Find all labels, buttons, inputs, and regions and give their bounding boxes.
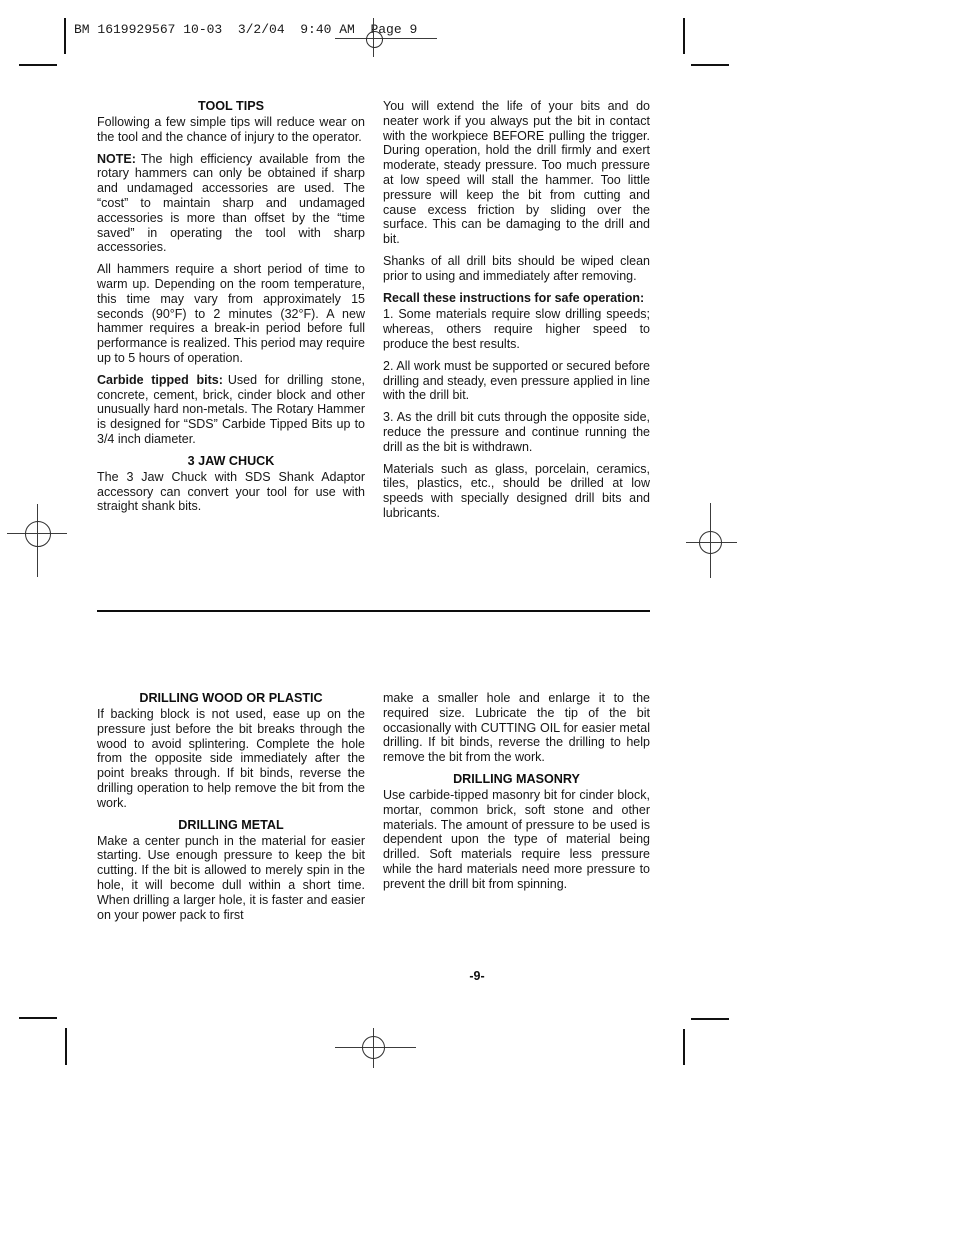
registration-mark-top-circle (366, 31, 383, 48)
note-body: The high efficiency available from the r… (97, 152, 365, 255)
page-number: -9- (0, 969, 954, 983)
paragraph-drilling-metal: Make a center punch in the material for … (97, 834, 365, 923)
crop-mark-bottom-right-horizontal (691, 1018, 729, 1020)
section-divider-rule (97, 610, 650, 612)
bottom-right-column: make a smaller hole and enlarge it to th… (383, 691, 650, 899)
carbide-bits-label: Carbide tipped bits: (97, 373, 223, 387)
paragraph-carbide-bits: Carbide tipped bits:Used for drilling st… (97, 373, 365, 447)
note-label: NOTE: (97, 152, 136, 166)
crop-mark-top-left-vertical (64, 18, 66, 54)
safe-operation-item-1: 1. Some materials require slow drilling … (383, 307, 650, 351)
paragraph-3-jaw-chuck: The 3 Jaw Chuck with SDS Shank Adaptor a… (97, 470, 365, 514)
paragraph-shanks: Shanks of all drill bits should be wiped… (383, 254, 650, 284)
paragraph-drilling-wood: If backing block is not used, ease up on… (97, 707, 365, 811)
paragraph-warm-up: All hammers require a short period of ti… (97, 262, 365, 366)
paragraph-note: NOTE:The high efficiency available from … (97, 152, 365, 256)
registration-mark-top-horizontal-line (335, 38, 437, 39)
section-heading-drilling-wood: DRILLING WOOD OR PLASTIC (97, 691, 365, 705)
section-heading-3-jaw-chuck: 3 JAW CHUCK (97, 454, 365, 468)
top-left-column: TOOL TIPS Following a few simple tips wi… (97, 99, 365, 521)
section-heading-drilling-metal: DRILLING METAL (97, 818, 365, 832)
printer-slug-line: BM 1619929567 10-03 3/2/04 9:40 AM Page … (74, 22, 417, 37)
safe-operation-item-3: 3. As the drill bit cuts through the opp… (383, 410, 650, 454)
registration-mark-right-circle (699, 531, 722, 554)
paragraph-bit-life: You will extend the life of your bits an… (383, 99, 650, 247)
section-heading-drilling-masonry: DRILLING MASONRY (383, 772, 650, 786)
recall-instructions-heading: Recall these instructions for safe opera… (383, 291, 650, 306)
crop-mark-top-right-horizontal (691, 64, 729, 66)
crop-mark-bottom-right-vertical (683, 1029, 685, 1065)
paragraph-glass-materials: Materials such as glass, porcelain, cera… (383, 462, 650, 521)
paragraph-tool-tips-intro: Following a few simple tips will reduce … (97, 115, 365, 145)
top-right-column: You will extend the life of your bits an… (383, 99, 650, 528)
registration-mark-bottom-circle (362, 1036, 385, 1059)
crop-mark-top-left-horizontal (19, 64, 57, 66)
paragraph-drilling-masonry: Use carbide-tipped masonry bit for cinde… (383, 788, 650, 892)
section-heading-tool-tips: TOOL TIPS (97, 99, 365, 113)
registration-mark-left-circle (25, 521, 51, 547)
safe-operation-item-2: 2. All work must be supported or secured… (383, 359, 650, 403)
crop-mark-bottom-left-horizontal (19, 1017, 57, 1019)
paragraph-drilling-metal-continued: make a smaller hole and enlarge it to th… (383, 691, 650, 765)
crop-mark-top-right-vertical (683, 18, 685, 54)
manual-page: BM 1619929567 10-03 3/2/04 9:40 AM Page … (0, 0, 954, 1235)
crop-mark-bottom-left-vertical (65, 1028, 67, 1065)
bottom-left-column: DRILLING WOOD OR PLASTIC If backing bloc… (97, 691, 365, 929)
